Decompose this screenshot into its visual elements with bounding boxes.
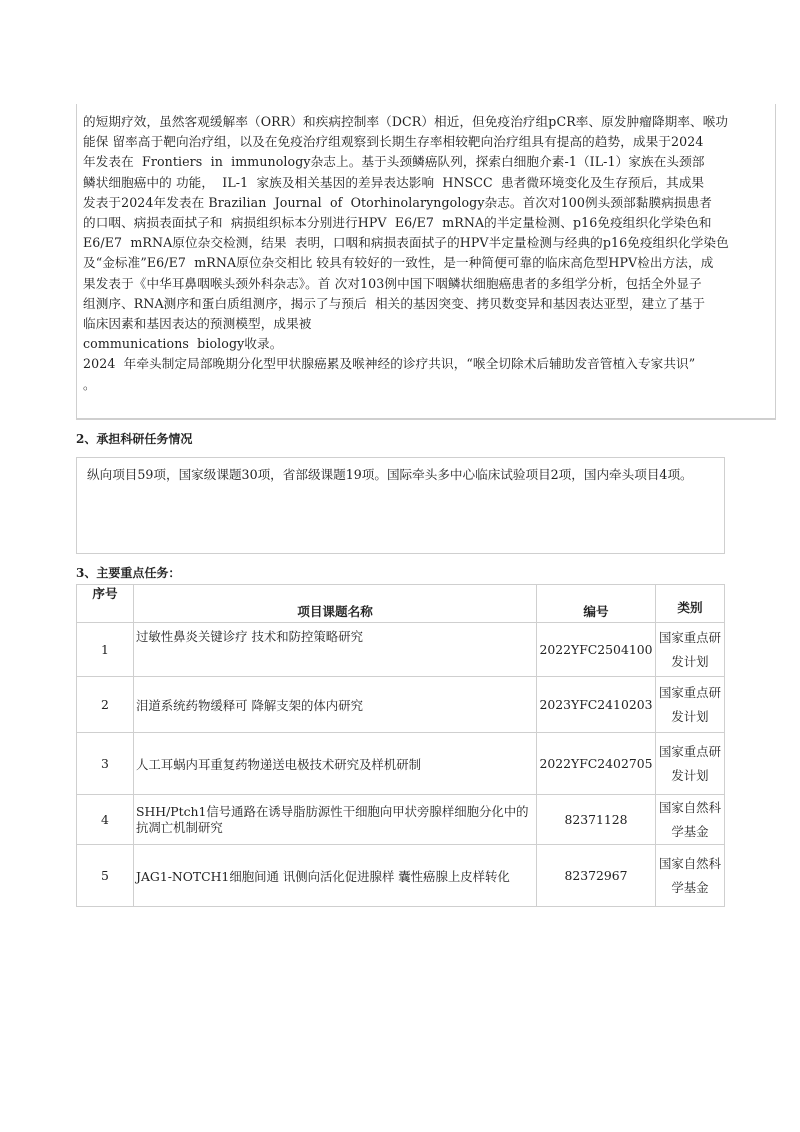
header-type: 类别 [656, 585, 725, 623]
header-name: 项目课题名称 [134, 585, 537, 623]
paragraph-line: 的口咽、病损表面拭子和 病损组织标本分别进行HPV E6/E7 mRNA的半定量… [83, 213, 769, 233]
table-row: 5 JAG1-NOTCH1细胞间通 讯侧向活化促进腺样 囊性癌腺上皮样转化 82… [77, 845, 725, 907]
paragraph-line: 。 [83, 375, 769, 395]
cell-name: 过敏性鼻炎关键诊疗 技术和防控策略研究 [134, 623, 537, 677]
header-code: 编号 [537, 585, 656, 623]
paragraph-line: 及“金标准”E6/E7 mRNA原位杂交相比 较具有较好的一致性，是一种简便可靠… [83, 253, 769, 273]
cell-name: 泪道系统药物缓释可 降解支架的体内研究 [134, 677, 537, 733]
paragraph-line: 能保 留率高于靶向治疗组，以及在免疫治疗组观察到长期生存率相较靶向治疗组具有提高… [83, 132, 769, 152]
header-no: 序号 [77, 585, 134, 623]
cell-code: 82371128 [537, 795, 656, 845]
section-heading-key-tasks: 3、主要重点任务： [76, 564, 180, 581]
cell-type: 国家自然科学基金 [656, 845, 725, 907]
paragraph-line: communications biology收录。 [83, 334, 769, 354]
achievements-text-box: 的短期疗效，虽然客观缓解率（ORR）和疾病控制率（DCR）相近，但免疫治疗组pC… [76, 104, 776, 420]
paragraph-line: 临床因素和基因表达的预测模型，成果被 [83, 314, 769, 334]
key-tasks-table: 序号 项目课题名称 编号 类别 1 过敏性鼻炎关键诊疗 技术和防控策略研究 20… [76, 584, 725, 907]
cell-code: 2022YFC2402705 [537, 733, 656, 795]
table-row: 2 泪道系统药物缓释可 降解支架的体内研究 2023YFC2410203 国家重… [77, 677, 725, 733]
table-row: 1 过敏性鼻炎关键诊疗 技术和防控策略研究 2022YFC2504100 国家重… [77, 623, 725, 677]
paragraph-line: 组测序、RNA测序和蛋白质组测序，揭示了与预后 相关的基因突变、拷贝数变异和基因… [83, 294, 769, 314]
table-row: 4 SHH/Ptch1信号通路在诱导脂肪源性干细胞向甲状旁腺样细胞分化中的抗凋亡… [77, 795, 725, 845]
cell-name: 人工耳蜗内耳重复药物递送电极技术研究及样机研制 [134, 733, 537, 795]
paragraph-line: 果发表于《中华耳鼻咽喉头颈外科杂志》。首 次对103例中国下咽鳞状细胞癌患者的多… [83, 274, 769, 294]
cell-name: SHH/Ptch1信号通路在诱导脂肪源性干细胞向甲状旁腺样细胞分化中的抗凋亡机制… [134, 795, 537, 845]
cell-type: 国家重点研发计划 [656, 733, 725, 795]
paragraph-line: E6/E7 mRNA原位杂交检测，结果 表明，口咽和病损表面拭子的HPV半定量检… [83, 233, 769, 253]
cell-no: 5 [77, 845, 134, 907]
cell-code: 2023YFC2410203 [537, 677, 656, 733]
paragraph-line: 发表于2024年发表在 Brazilian Journal of Otorhin… [83, 193, 769, 213]
paragraph-line: 的短期疗效，虽然客观缓解率（ORR）和疾病控制率（DCR）相近，但免疫治疗组pC… [83, 112, 769, 132]
paragraph-line: 鳞状细胞癌中的 功能， IL-1 家族及相关基因的差异表达影响 HNSCC 患者… [83, 173, 769, 193]
cell-name: JAG1-NOTCH1细胞间通 讯侧向活化促进腺样 囊性癌腺上皮样转化 [134, 845, 537, 907]
research-tasks-box: 纵向项目59项，国家级课题30项，省部级课题19项。国际牵头多中心临床试验项目2… [76, 457, 725, 554]
table-header-row: 序号 项目课题名称 编号 类别 [77, 585, 725, 623]
research-tasks-text: 纵向项目59项，国家级课题30项，省部级课题19项。国际牵头多中心临床试验项目2… [87, 464, 714, 486]
cell-code: 2022YFC2504100 [537, 623, 656, 677]
cell-type: 国家重点研发计划 [656, 623, 725, 677]
paragraph-line: 年发表在 Frontiers in immunology杂志上。基于头颈鳞癌队列… [83, 152, 769, 172]
cell-type: 国家重点研发计划 [656, 677, 725, 733]
cell-code: 82372967 [537, 845, 656, 907]
cell-type: 国家自然科学基金 [656, 795, 725, 845]
paragraph-line: 2024 年牵头制定局部晚期分化型甲状腺癌累及喉神经的诊疗共识，“喉全切除术后辅… [83, 354, 769, 374]
cell-no: 2 [77, 677, 134, 733]
section-heading-research-tasks: 2、承担科研任务情况 [76, 430, 192, 447]
cell-no: 4 [77, 795, 134, 845]
table-row: 3 人工耳蜗内耳重复药物递送电极技术研究及样机研制 2022YFC2402705… [77, 733, 725, 795]
cell-no: 1 [77, 623, 134, 677]
cell-no: 3 [77, 733, 134, 795]
